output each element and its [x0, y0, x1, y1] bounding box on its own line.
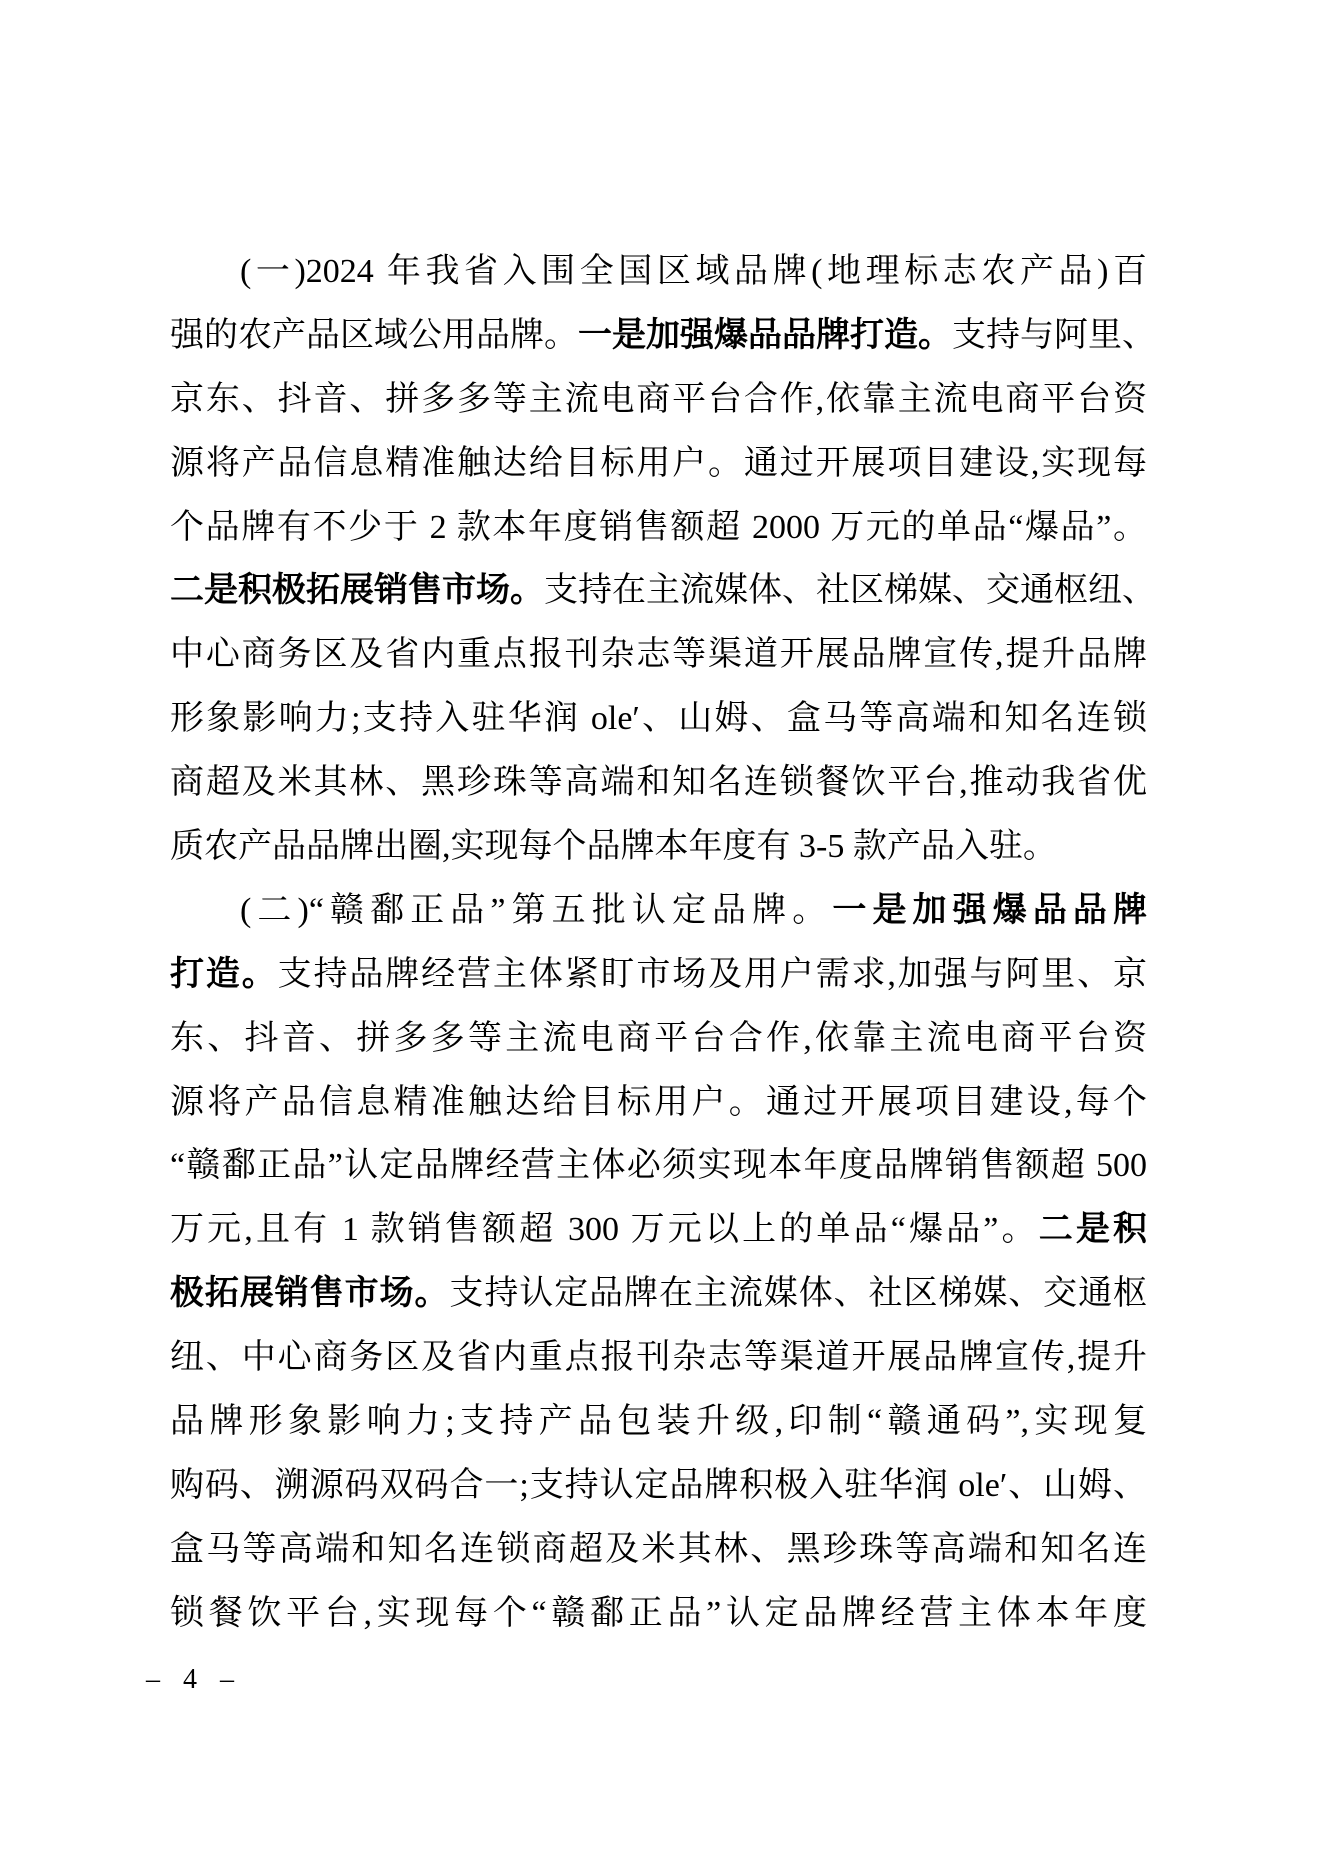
text-segment: “赣鄱正品”认定品牌经营主体必须实现本年度品牌销售额超 500: [170, 1147, 1147, 1184]
text-line: 东、抖音、拼多多等主流电商平台合作,依靠主流电商平台资: [170, 1007, 1147, 1071]
text-segment: 支持在主流媒体、社区梯媒、交通枢纽、: [544, 572, 1156, 609]
text-segment: 源将产品信息精准触达给目标用户。通过开展项目建设,实现每: [170, 445, 1147, 482]
text-segment: (二)“赣鄱正品”第五批认定品牌。: [240, 892, 832, 929]
text-segment: 支持认定品牌在主流媒体、社区梯媒、交通枢: [449, 1275, 1147, 1312]
text-segment: 个品牌有不少于 2 款本年度销售额超 2000 万元的单品“爆品”。: [170, 509, 1147, 546]
text-segment: 质农产品品牌出圈,实现每个品牌本年度有 3-5 款产品入驻。: [170, 828, 1057, 865]
page-number: – 4 –: [146, 1664, 242, 1696]
text-segment: 中心商务区及省内重点报刊杂志等渠道开展品牌宣传,提升品牌: [170, 636, 1147, 673]
text-line: 纽、中心商务区及省内重点报刊杂志等渠道开展品牌宣传,提升: [170, 1326, 1147, 1390]
document-page: (一)2024 年我省入围全国区域品牌(地理标志农产品)百强的农产品区域公用品牌…: [0, 0, 1317, 1871]
text-segment: 品牌形象影响力;支持产品包装升级,印制“赣通码”,实现复: [170, 1403, 1147, 1440]
text-line: 商超及米其林、黑珍珠等高端和知名连锁餐饮平台,推动我省优: [170, 751, 1147, 815]
text-line: 中心商务区及省内重点报刊杂志等渠道开展品牌宣传,提升品牌: [170, 623, 1147, 687]
bold-text-segment: 一是加强爆品品牌: [832, 891, 1147, 929]
text-segment: 强的农产品区域公用品牌。: [170, 317, 578, 354]
text-line: 源将产品信息精准触达给目标用户。通过开展项目建设,每个: [170, 1071, 1147, 1135]
text-segment: (一)2024 年我省入围全国区域品牌(地理标志农产品)百: [240, 253, 1147, 290]
text-segment: 纽、中心商务区及省内重点报刊杂志等渠道开展品牌宣传,提升: [170, 1339, 1147, 1376]
bold-text-segment: 二是积极拓展销售市场。: [170, 571, 544, 609]
text-segment: 购码、溯源码双码合一;支持认定品牌积极入驻华润 ole′、山姆、: [170, 1467, 1147, 1504]
text-line: 个品牌有不少于 2 款本年度销售额超 2000 万元的单品“爆品”。: [170, 496, 1147, 560]
text-segment: 东、抖音、拼多多等主流电商平台合作,依靠主流电商平台资: [170, 1020, 1147, 1057]
text-line: 打造。支持品牌经营主体紧盯市场及用户需求,加强与阿里、京: [170, 943, 1147, 1007]
text-line: 品牌形象影响力;支持产品包装升级,印制“赣通码”,实现复: [170, 1390, 1147, 1454]
text-segment: 形象影响力;支持入驻华润 ole′、山姆、盒马等高端和知名连锁: [170, 700, 1147, 737]
text-line: 购码、溯源码双码合一;支持认定品牌积极入驻华润 ole′、山姆、: [170, 1454, 1147, 1518]
text-line: (二)“赣鄱正品”第五批认定品牌。一是加强爆品品牌: [170, 879, 1147, 943]
bold-text-segment: 极拓展销售市场。: [170, 1274, 449, 1312]
text-line: 盒马等高端和知名连锁商超及米其林、黑珍珠等高端和知名连: [170, 1518, 1147, 1582]
text-segment: 源将产品信息精准触达给目标用户。通过开展项目建设,每个: [170, 1084, 1147, 1121]
bold-text-segment: 一是加强爆品品牌打造。: [578, 316, 952, 354]
bold-text-segment: 二是积: [1039, 1210, 1147, 1248]
text-line: 万元,且有 1 款销售额超 300 万元以上的单品“爆品”。二是积: [170, 1198, 1147, 1262]
text-segment: 锁餐饮平台,实现每个“赣鄱正品”认定品牌经营主体本年度: [170, 1595, 1147, 1632]
text-line: 源将产品信息精准触达给目标用户。通过开展项目建设,实现每: [170, 432, 1147, 496]
text-line: “赣鄱正品”认定品牌经营主体必须实现本年度品牌销售额超 500: [170, 1134, 1147, 1198]
text-line: (一)2024 年我省入围全国区域品牌(地理标志农产品)百: [170, 240, 1147, 304]
text-segment: 支持品牌经营主体紧盯市场及用户需求,加强与阿里、京: [278, 956, 1147, 993]
bold-text-segment: 打造。: [170, 955, 278, 993]
text-segment: 商超及米其林、黑珍珠等高端和知名连锁餐饮平台,推动我省优: [170, 764, 1147, 801]
document-body-text: (一)2024 年我省入围全国区域品牌(地理标志农产品)百强的农产品区域公用品牌…: [170, 240, 1147, 1646]
text-line: 京东、抖音、拼多多等主流电商平台合作,依靠主流电商平台资: [170, 368, 1147, 432]
text-line: 强的农产品区域公用品牌。一是加强爆品品牌打造。支持与阿里、: [170, 304, 1147, 368]
text-segment: 盒马等高端和知名连锁商超及米其林、黑珍珠等高端和知名连: [170, 1531, 1147, 1568]
text-line: 锁餐饮平台,实现每个“赣鄱正品”认定品牌经营主体本年度: [170, 1582, 1147, 1646]
text-segment: 万元,且有 1 款销售额超 300 万元以上的单品“爆品”。: [170, 1211, 1039, 1248]
text-segment: 京东、抖音、拼多多等主流电商平台合作,依靠主流电商平台资: [170, 381, 1147, 418]
text-line: 极拓展销售市场。支持认定品牌在主流媒体、社区梯媒、交通枢: [170, 1262, 1147, 1326]
text-line: 质农产品品牌出圈,实现每个品牌本年度有 3-5 款产品入驻。: [170, 815, 1147, 879]
text-line: 形象影响力;支持入驻华润 ole′、山姆、盒马等高端和知名连锁: [170, 687, 1147, 751]
text-segment: 支持与阿里、: [952, 317, 1156, 354]
text-line: 二是积极拓展销售市场。支持在主流媒体、社区梯媒、交通枢纽、: [170, 559, 1147, 623]
